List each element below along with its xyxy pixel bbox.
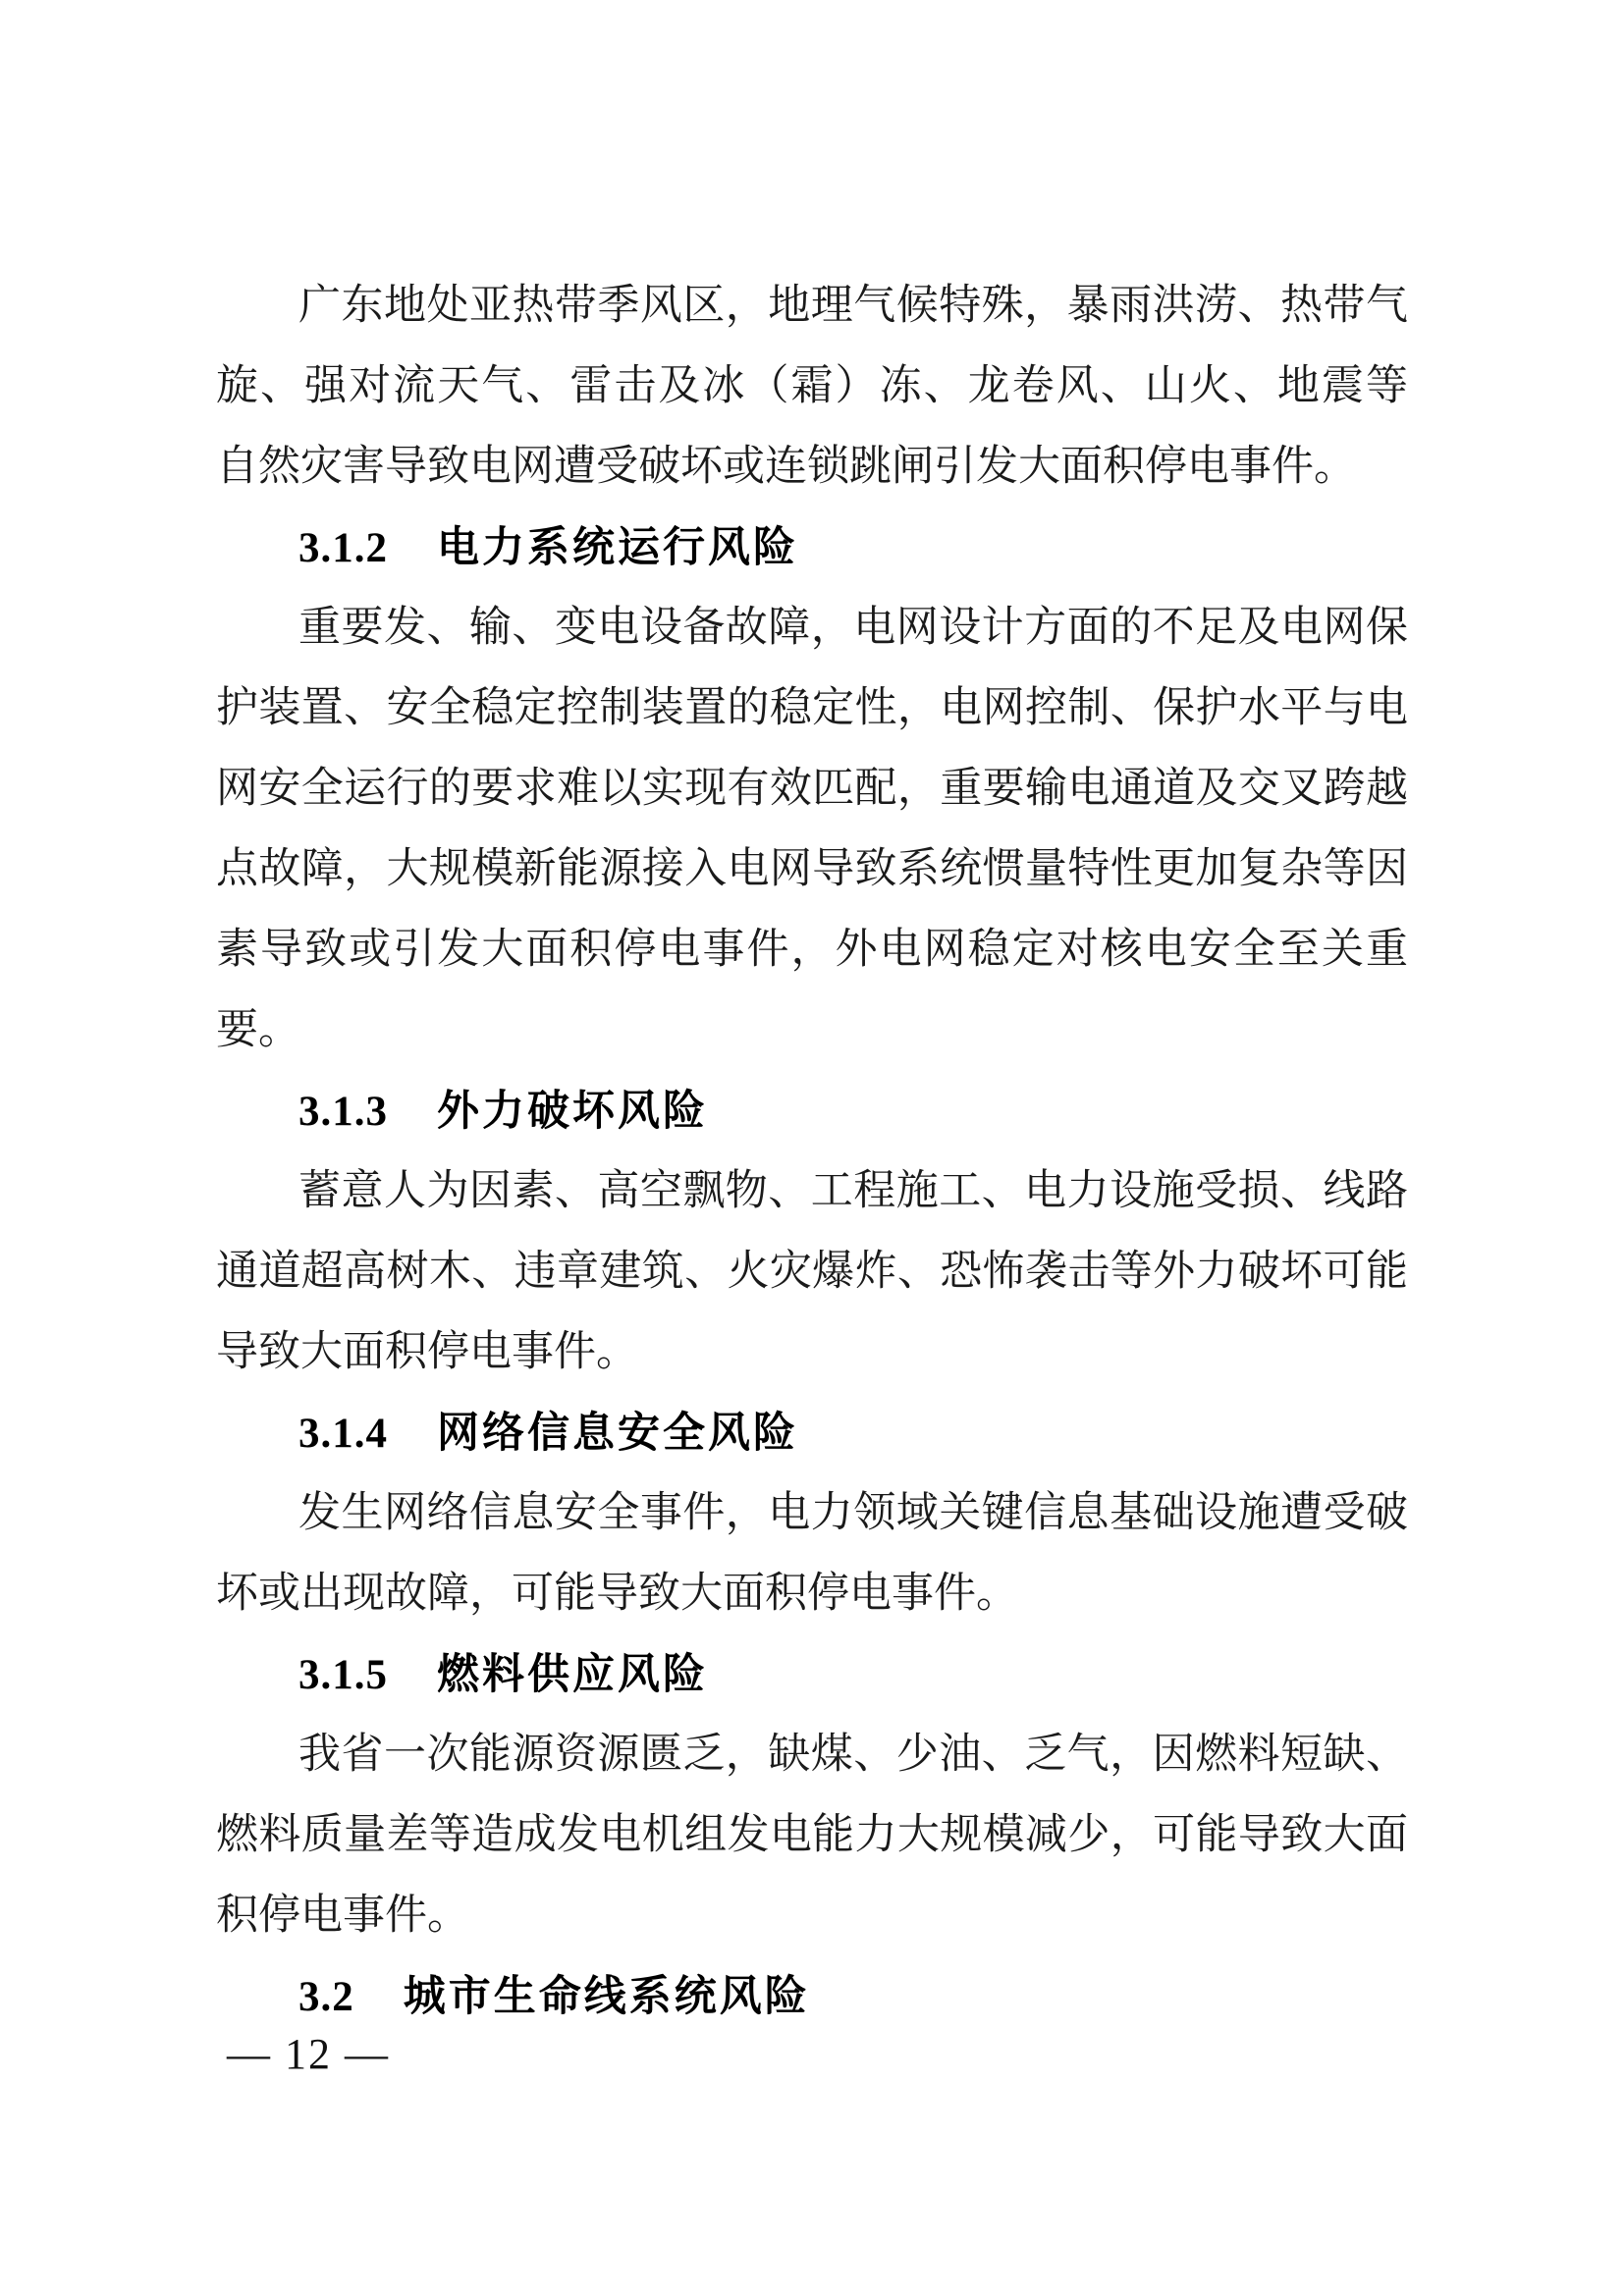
heading-title: 电力系统运行风险 xyxy=(437,524,798,571)
paragraph: 发生网络信息安全事件，电力领域关键信息基础设施遭受破坏或出现故障，可能导致大面积… xyxy=(216,1473,1408,1634)
paragraph-line: 网安全运行的要求难以实现有效匹配，重要输电通道及交叉跨越 xyxy=(216,749,1408,829)
paragraph-line: 旋、强对流天气、雷击及冰（霜）冻、龙卷风、山火、地震等 xyxy=(216,347,1408,427)
section-heading: 3.2城市生命线系统风险 xyxy=(216,1956,1408,2037)
paragraph: 蓄意人为因素、高空飘物、工程施工、电力设施受损、线路通道超高树木、违章建筑、火灾… xyxy=(216,1151,1408,1393)
heading-title: 外力破坏风险 xyxy=(437,1088,708,1135)
section-heading: 3.1.2电力系统运行风险 xyxy=(216,507,1408,588)
heading-number: 3.1.2 xyxy=(298,525,388,571)
paragraph-line: 素导致或引发大面积停电事件，外电网稳定对核电安全至关重 xyxy=(216,910,1408,990)
paragraph-line: 重要发、输、变电设备故障，电网设计方面的不足及电网保 xyxy=(216,588,1408,668)
paragraph-line: 点故障，大规模新能源接入电网导致系统惯量特性更加复杂等因 xyxy=(216,829,1408,910)
heading-number: 3.1.4 xyxy=(298,1411,388,1457)
paragraph: 我省一次能源资源匮乏，缺煤、少油、乏气，因燃料短缺、燃料质量差等造成发电机组发电… xyxy=(216,1715,1408,1956)
section-heading: 3.1.5燃料供应风险 xyxy=(216,1634,1408,1715)
paragraph-line: 要。 xyxy=(216,990,1408,1071)
paragraph: 广东地处亚热带季风区，地理气候特殊，暴雨洪涝、热带气旋、强对流天气、雷击及冰（霜… xyxy=(216,266,1408,507)
paragraph-line: 我省一次能源资源匮乏，缺煤、少油、乏气，因燃料短缺、 xyxy=(216,1715,1408,1795)
section-heading: 3.1.4网络信息安全风险 xyxy=(216,1393,1408,1473)
section-heading: 3.1.3外力破坏风险 xyxy=(216,1071,1408,1151)
heading-title: 燃料供应风险 xyxy=(437,1651,708,1698)
paragraph-line: 广东地处亚热带季风区，地理气候特殊，暴雨洪涝、热带气 xyxy=(216,266,1408,347)
paragraph-line: 自然灾害导致电网遭受破坏或连锁跳闸引发大面积停电事件。 xyxy=(216,427,1408,507)
paragraph: 重要发、输、变电设备故障，电网设计方面的不足及电网保护装置、安全稳定控制装置的稳… xyxy=(216,588,1408,1071)
heading-number: 3.2 xyxy=(298,1974,354,2020)
paragraph-line: 坏或出现故障，可能导致大面积停电事件。 xyxy=(216,1554,1408,1634)
paragraph-line: 通道超高树木、违章建筑、火灾爆炸、恐怖袭击等外力破坏可能 xyxy=(216,1232,1408,1312)
page-number: — 12 — xyxy=(227,2025,390,2084)
paragraph-line: 导致大面积停电事件。 xyxy=(216,1312,1408,1393)
paragraph-line: 护装置、安全稳定控制装置的稳定性，电网控制、保护水平与电 xyxy=(216,668,1408,749)
paragraph-line: 发生网络信息安全事件，电力领域关键信息基础设施遭受破 xyxy=(216,1473,1408,1554)
paragraph-line: 燃料质量差等造成发电机组发电能力大规模减少，可能导致大面 xyxy=(216,1795,1408,1876)
heading-title: 网络信息安全风险 xyxy=(437,1410,798,1457)
heading-title: 城市生命线系统风险 xyxy=(404,1973,810,2020)
heading-number: 3.1.3 xyxy=(298,1089,388,1135)
paragraph-line: 蓄意人为因素、高空飘物、工程施工、电力设施受损、线路 xyxy=(216,1151,1408,1232)
heading-number: 3.1.5 xyxy=(298,1652,388,1698)
document-page: 广东地处亚热带季风区，地理气候特殊，暴雨洪涝、热带气旋、强对流天气、雷击及冰（霜… xyxy=(0,0,1624,2296)
document-body: 广东地处亚热带季风区，地理气候特殊，暴雨洪涝、热带气旋、强对流天气、雷击及冰（霜… xyxy=(216,266,1408,2037)
paragraph-line: 积停电事件。 xyxy=(216,1876,1408,1956)
